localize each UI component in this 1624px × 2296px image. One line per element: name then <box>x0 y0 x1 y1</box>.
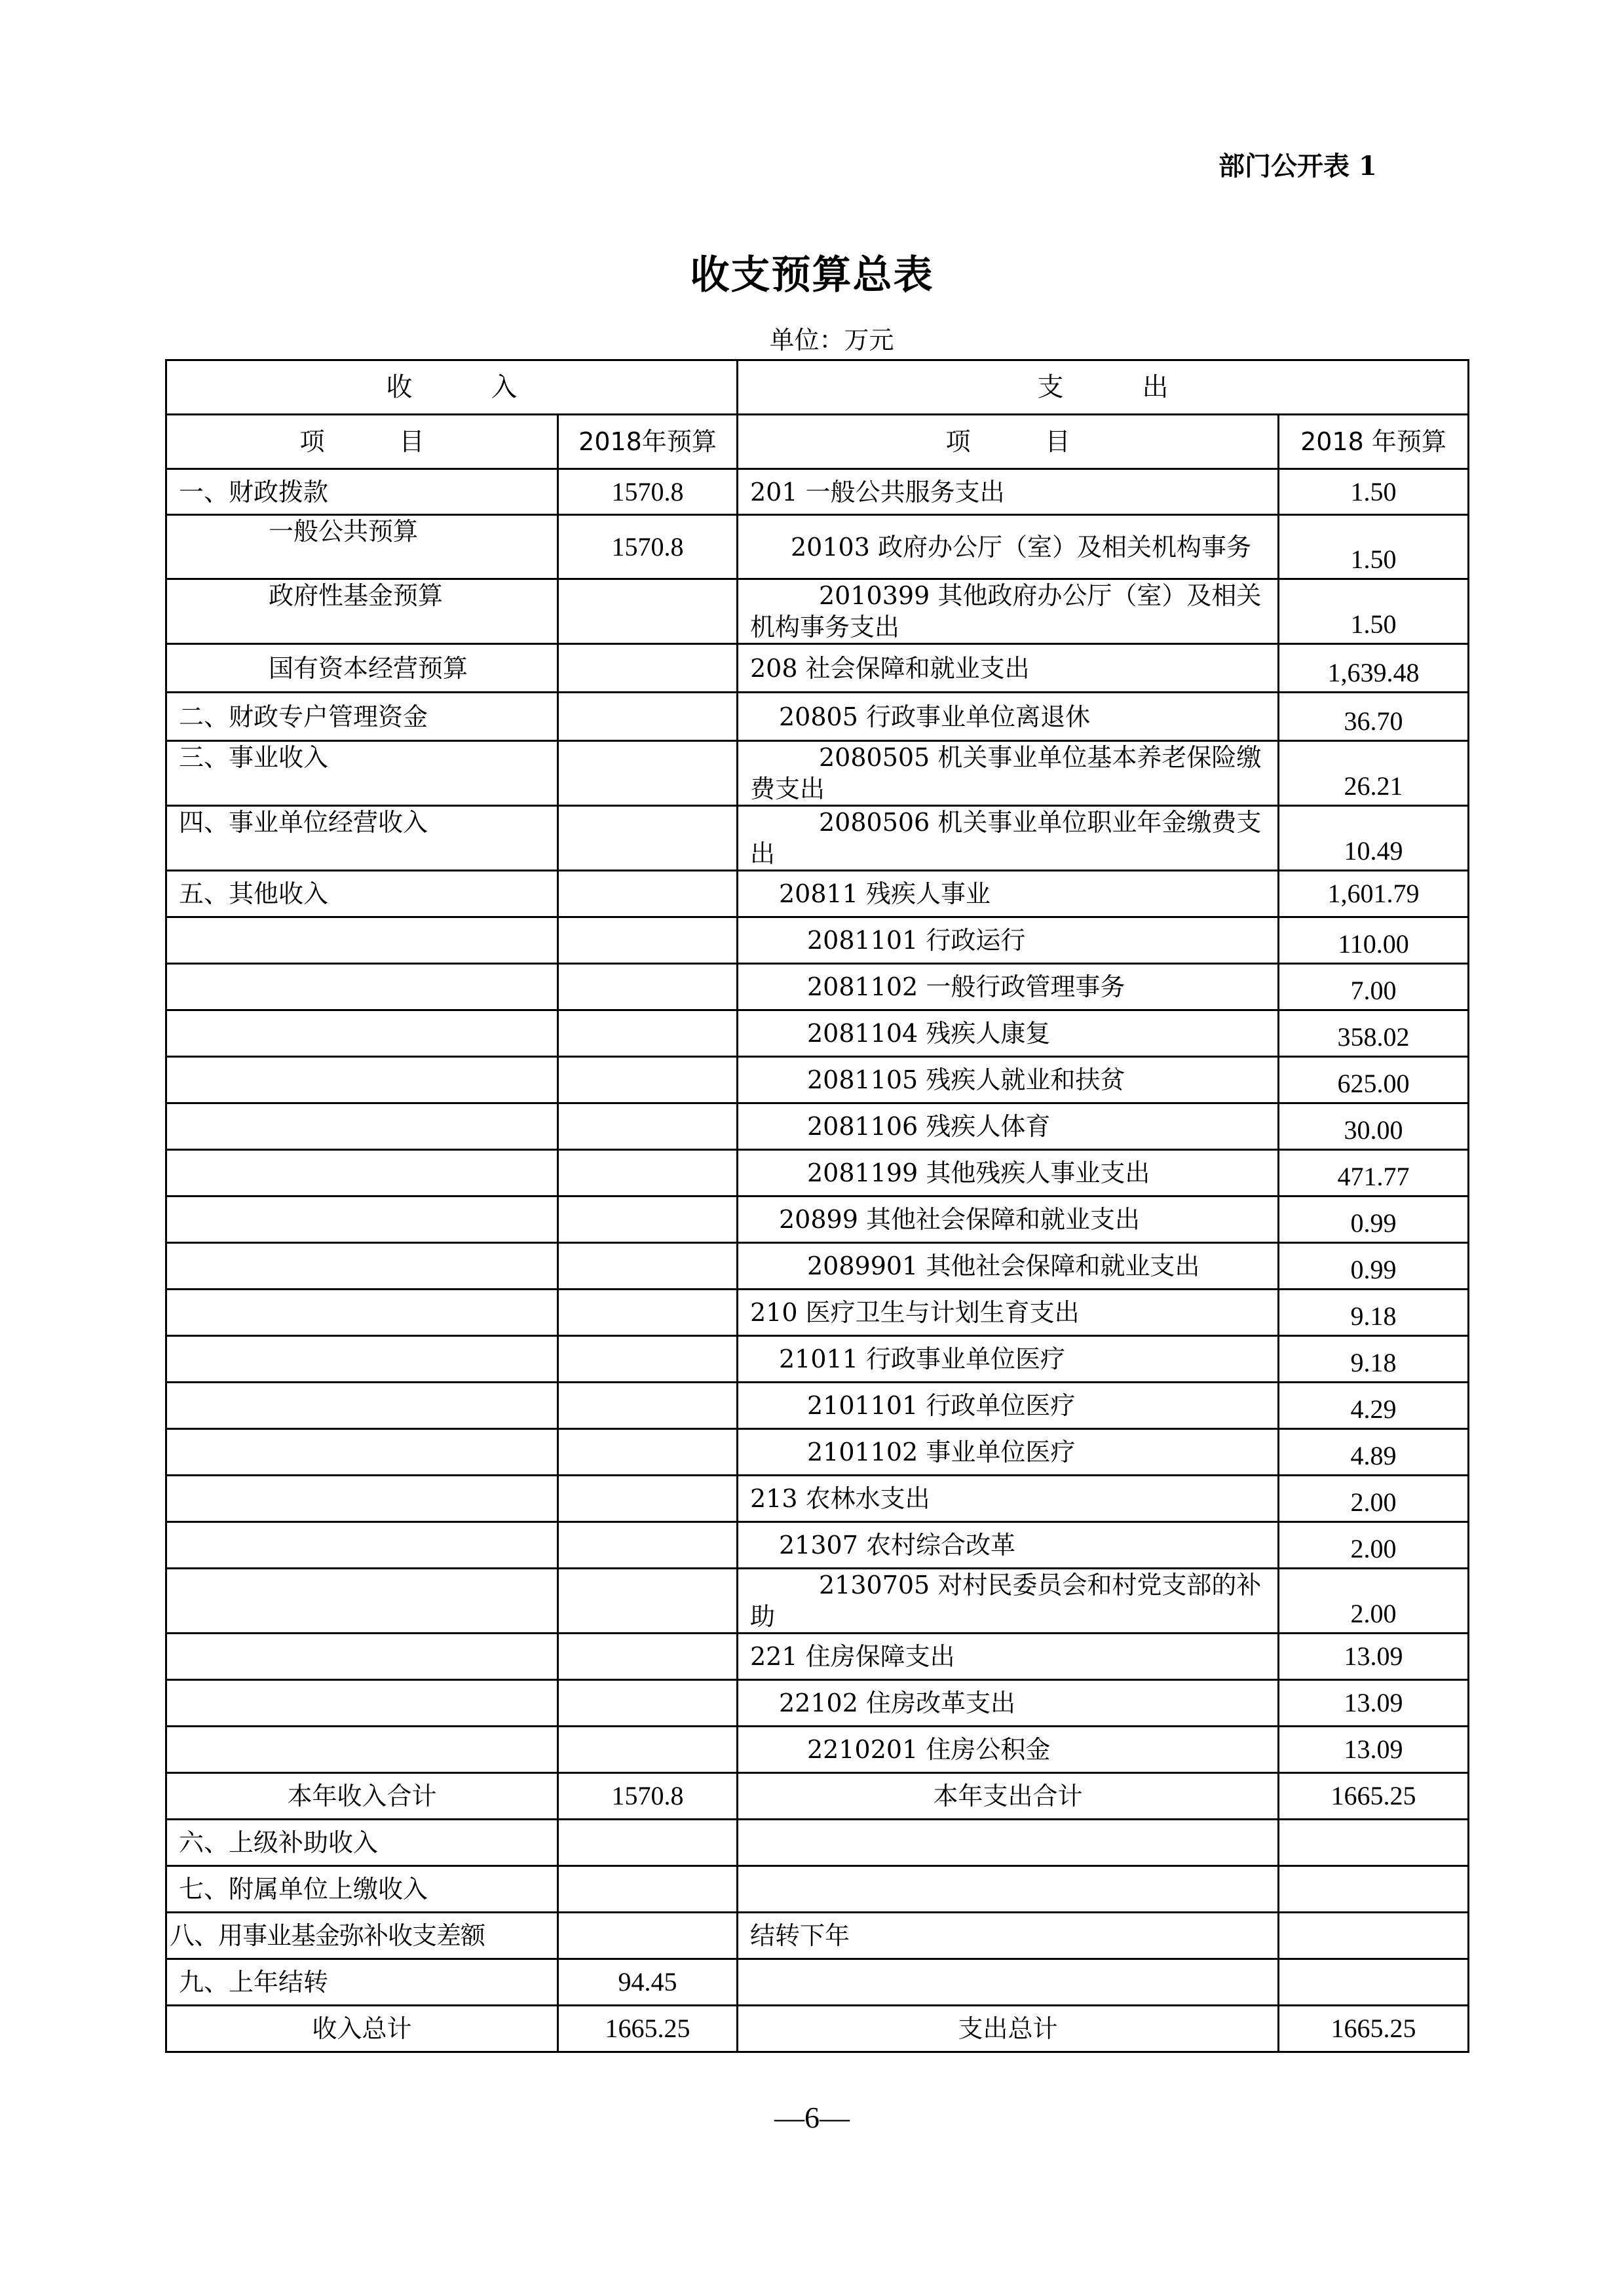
income-item <box>166 1522 558 1569</box>
expense-value: 9.18 <box>1279 1290 1469 1336</box>
income-value <box>558 1383 738 1429</box>
table-row: 二、财政专户管理资金 20805 行政事业单位离退休 36.70 <box>166 693 1469 741</box>
income-value <box>558 1522 738 1569</box>
expense-subtotal-value: 1665.25 <box>1279 1773 1469 1820</box>
income-value <box>558 1634 738 1680</box>
income-item: 一、财政拨款 <box>166 469 558 515</box>
expense-value: 30.00 <box>1279 1103 1469 1150</box>
subtotal-row: 本年收入合计 1570.8 本年支出合计 1665.25 <box>166 1773 1469 1820</box>
income-value <box>558 806 738 871</box>
expense-item: 2089901 其他社会保障和就业支出 <box>738 1243 1279 1290</box>
expense-item: 2081106 残疾人体育 <box>738 1103 1279 1150</box>
expense-total-value: 1665.25 <box>1279 2006 1469 2052</box>
expense-item: 20899 其他社会保障和就业支出 <box>738 1196 1279 1243</box>
income-budget-header: 2018年预算 <box>558 415 738 469</box>
income-value <box>558 1429 738 1476</box>
expense-item <box>738 1959 1279 2006</box>
expense-item: 2081102 一般行政管理事务 <box>738 964 1279 1010</box>
expense-item: 2081101 行政运行 <box>738 917 1279 964</box>
table-row: 国有资本经营预算 208 社会保障和就业支出 1,639.48 <box>166 644 1469 693</box>
page-title: 收支预算总表 <box>0 244 1624 300</box>
expense-item: 2081104 残疾人康复 <box>738 1010 1279 1057</box>
expense-value: 110.00 <box>1279 917 1469 964</box>
table-row: 政府性基金预算 2010399 其他政府办公厅（室）及相关机构事务支出 1.50 <box>166 579 1469 644</box>
income-value <box>558 1913 738 1959</box>
expense-value: 1,601.79 <box>1279 871 1469 917</box>
income-value <box>558 1727 738 1773</box>
expense-item: 结转下年 <box>738 1913 1279 1959</box>
expense-value: 13.09 <box>1279 1634 1469 1680</box>
income-value <box>558 1010 738 1057</box>
expense-value: 1,639.48 <box>1279 644 1469 693</box>
table-row: 2130705 对村民委员会和村党支部的补助 2.00 <box>166 1569 1469 1634</box>
income-item: 三、事业收入 <box>166 741 558 806</box>
income-value: 1570.8 <box>558 469 738 515</box>
table-row: 221 住房保障支出 13.09 <box>166 1634 1469 1680</box>
column-header-row: 项 目 2018年预算 项 目 2018 年预算 <box>166 415 1469 469</box>
income-item: 一般公共预算 <box>166 515 558 579</box>
expense-value: 625.00 <box>1279 1057 1469 1103</box>
expense-item: 2101102 事业单位医疗 <box>738 1429 1279 1476</box>
income-value <box>558 1569 738 1634</box>
page-number: —6— <box>0 2100 1624 2135</box>
income-item-header: 项 目 <box>166 415 558 469</box>
expense-value: 1.50 <box>1279 515 1469 579</box>
expense-item: 208 社会保障和就业支出 <box>738 644 1279 693</box>
income-item <box>166 1150 558 1196</box>
expense-value: 13.09 <box>1279 1727 1469 1773</box>
income-subtotal-value: 1570.8 <box>558 1773 738 1820</box>
table-row: 六、上级补助收入 <box>166 1820 1469 1866</box>
income-item <box>166 1569 558 1634</box>
document-tag: 部门公开表 1 <box>1218 145 1377 183</box>
income-item <box>166 1243 558 1290</box>
income-item: 五、其他收入 <box>166 871 558 917</box>
income-item <box>166 1476 558 1522</box>
expense-value: 9.18 <box>1279 1336 1469 1383</box>
table-row: 五、其他收入 20811 残疾人事业 1,601.79 <box>166 871 1469 917</box>
expense-value: 0.99 <box>1279 1196 1469 1243</box>
income-item: 六、上级补助收入 <box>166 1820 558 1866</box>
income-item: 八、用事业基金弥补收支差额 <box>166 1913 558 1959</box>
income-total-value: 1665.25 <box>558 2006 738 2052</box>
expense-value: 2.00 <box>1279 1476 1469 1522</box>
table-row: 22102 住房改革支出 13.09 <box>166 1680 1469 1727</box>
expense-value: 26.21 <box>1279 741 1469 806</box>
table-row: 2081105 残疾人就业和扶贫 625.00 <box>166 1057 1469 1103</box>
table-row: 一、财政拨款 1570.8 201 一般公共服务支出 1.50 <box>166 469 1469 515</box>
expense-value: 1.50 <box>1279 469 1469 515</box>
expense-value: 2.00 <box>1279 1569 1469 1634</box>
income-value <box>558 1103 738 1150</box>
expense-item: 221 住房保障支出 <box>738 1634 1279 1680</box>
expense-subtotal-label: 本年支出合计 <box>738 1773 1279 1820</box>
table-row: 七、附属单位上缴收入 <box>166 1866 1469 1913</box>
income-item <box>166 1196 558 1243</box>
expense-group-header: 支 出 <box>738 360 1469 415</box>
table-row: 四、事业单位经营收入 2080506 机关事业单位职业年金缴费支出 10.49 <box>166 806 1469 871</box>
table-row: 2081199 其他残疾人事业支出 471.77 <box>166 1150 1469 1196</box>
income-item <box>166 1383 558 1429</box>
unit-label: 单位：万元 <box>0 320 1624 356</box>
expense-value: 36.70 <box>1279 693 1469 741</box>
table-row: 213 农林水支出 2.00 <box>166 1476 1469 1522</box>
income-value <box>558 1243 738 1290</box>
expense-value: 7.00 <box>1279 964 1469 1010</box>
table-row: 九、上年结转 94.45 <box>166 1959 1469 2006</box>
table-row: 210 医疗卫生与计划生育支出 9.18 <box>166 1290 1469 1336</box>
table-row: 2101101 行政单位医疗 4.29 <box>166 1383 1469 1429</box>
grand-total-row: 收入总计 1665.25 支出总计 1665.25 <box>166 2006 1469 2052</box>
income-item <box>166 1680 558 1727</box>
income-item <box>166 1336 558 1383</box>
income-value <box>558 1820 738 1866</box>
table-row: 21011 行政事业单位医疗 9.18 <box>166 1336 1469 1383</box>
income-value <box>558 1057 738 1103</box>
group-header-row: 收 入 支 出 <box>166 360 1469 415</box>
expense-value <box>1279 1959 1469 2006</box>
expense-item: 2210201 住房公积金 <box>738 1727 1279 1773</box>
expense-item: 20805 行政事业单位离退休 <box>738 693 1279 741</box>
income-item: 九、上年结转 <box>166 1959 558 2006</box>
income-item: 七、附属单位上缴收入 <box>166 1866 558 1913</box>
table-row: 2081104 残疾人康复 358.02 <box>166 1010 1469 1057</box>
expense-budget-header: 2018 年预算 <box>1279 415 1469 469</box>
table-row: 2101102 事业单位医疗 4.89 <box>166 1429 1469 1476</box>
income-item <box>166 1057 558 1103</box>
income-item: 四、事业单位经营收入 <box>166 806 558 871</box>
income-subtotal-label: 本年收入合计 <box>166 1773 558 1820</box>
expense-item <box>738 1820 1279 1866</box>
budget-summary-table: 收 入 支 出 项 目 2018年预算 项 目 2018 年预算 一、财政拨款 … <box>165 359 1469 2053</box>
expense-value: 471.77 <box>1279 1150 1469 1196</box>
income-value <box>558 917 738 964</box>
income-value <box>558 693 738 741</box>
income-item: 二、财政专户管理资金 <box>166 693 558 741</box>
expense-item: 2101101 行政单位医疗 <box>738 1383 1279 1429</box>
income-value <box>558 871 738 917</box>
table-row: 2089901 其他社会保障和就业支出 0.99 <box>166 1243 1469 1290</box>
income-value <box>558 1150 738 1196</box>
income-value <box>558 1336 738 1383</box>
income-item <box>166 1429 558 1476</box>
expense-value: 13.09 <box>1279 1680 1469 1727</box>
table-row: 2210201 住房公积金 13.09 <box>166 1727 1469 1773</box>
expense-item: 22102 住房改革支出 <box>738 1680 1279 1727</box>
income-value: 1570.8 <box>558 515 738 579</box>
table-row: 2081106 残疾人体育 30.00 <box>166 1103 1469 1150</box>
table-row: 21307 农村综合改革 2.00 <box>166 1522 1469 1569</box>
income-item <box>166 1727 558 1773</box>
expense-item: 2081105 残疾人就业和扶贫 <box>738 1057 1279 1103</box>
income-value <box>558 964 738 1010</box>
table-row: 一般公共预算 1570.8 20103 政府办公厅（室）及相关机构事务 1.50 <box>166 515 1469 579</box>
income-item <box>166 1103 558 1150</box>
expense-value: 1.50 <box>1279 579 1469 644</box>
expense-item: 20103 政府办公厅（室）及相关机构事务 <box>738 515 1279 579</box>
expense-value <box>1279 1913 1469 1959</box>
expense-item: 2130705 对村民委员会和村党支部的补助 <box>738 1569 1279 1634</box>
income-value <box>558 1290 738 1336</box>
expense-item: 21307 农村综合改革 <box>738 1522 1279 1569</box>
income-value <box>558 741 738 806</box>
income-item <box>166 1290 558 1336</box>
income-value: 94.45 <box>558 1959 738 2006</box>
expense-item: 2081199 其他残疾人事业支出 <box>738 1150 1279 1196</box>
expense-item: 2080505 机关事业单位基本养老保险缴费支出 <box>738 741 1279 806</box>
table-row: 2081102 一般行政管理事务 7.00 <box>166 964 1469 1010</box>
expense-item-header: 项 目 <box>738 415 1279 469</box>
expense-value: 0.99 <box>1279 1243 1469 1290</box>
income-value <box>558 1196 738 1243</box>
expense-item: 2010399 其他政府办公厅（室）及相关机构事务支出 <box>738 579 1279 644</box>
income-value <box>558 1680 738 1727</box>
expense-item: 21011 行政事业单位医疗 <box>738 1336 1279 1383</box>
expense-item <box>738 1866 1279 1913</box>
expense-value: 4.29 <box>1279 1383 1469 1429</box>
expense-value: 2.00 <box>1279 1522 1469 1569</box>
income-value <box>558 1866 738 1913</box>
table-row: 2081101 行政运行 110.00 <box>166 917 1469 964</box>
table-row: 八、用事业基金弥补收支差额 结转下年 <box>166 1913 1469 1959</box>
income-item <box>166 1010 558 1057</box>
expense-value <box>1279 1820 1469 1866</box>
expense-value: 4.89 <box>1279 1429 1469 1476</box>
expense-value <box>1279 1866 1469 1913</box>
income-item <box>166 964 558 1010</box>
income-group-header: 收 入 <box>166 360 738 415</box>
income-value <box>558 579 738 644</box>
expense-item: 213 农林水支出 <box>738 1476 1279 1522</box>
table-row: 20899 其他社会保障和就业支出 0.99 <box>166 1196 1469 1243</box>
expense-value: 10.49 <box>1279 806 1469 871</box>
income-item: 政府性基金预算 <box>166 579 558 644</box>
income-item <box>166 1634 558 1680</box>
expense-item: 20811 残疾人事业 <box>738 871 1279 917</box>
income-item <box>166 917 558 964</box>
income-value <box>558 644 738 693</box>
expense-item: 2080506 机关事业单位职业年金缴费支出 <box>738 806 1279 871</box>
expense-value: 358.02 <box>1279 1010 1469 1057</box>
expense-total-label: 支出总计 <box>738 2006 1279 2052</box>
expense-item: 210 医疗卫生与计划生育支出 <box>738 1290 1279 1336</box>
expense-item: 201 一般公共服务支出 <box>738 469 1279 515</box>
table-row: 三、事业收入 2080505 机关事业单位基本养老保险缴费支出 26.21 <box>166 741 1469 806</box>
income-item: 国有资本经营预算 <box>166 644 558 693</box>
income-total-label: 收入总计 <box>166 2006 558 2052</box>
income-value <box>558 1476 738 1522</box>
